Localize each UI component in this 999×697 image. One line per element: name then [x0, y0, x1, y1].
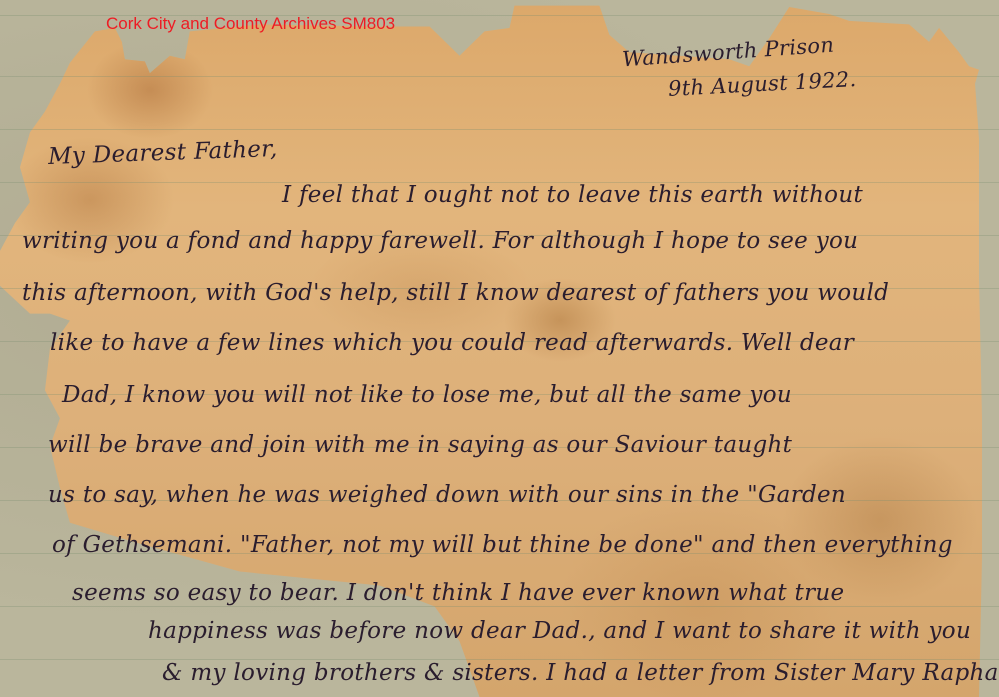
letter-line: seems so easy to bear. I don't think I h… [72, 580, 844, 606]
letter-line: writing you a fond and happy farewell. F… [22, 228, 858, 254]
letter-line: I feel that I ought not to leave this ea… [282, 182, 863, 208]
letter-line: us to say, when he was weighed down with… [48, 482, 846, 508]
letter-line: of Gethsemani. "Father, not my will but … [52, 532, 953, 558]
letter-line: will be brave and join with me in saying… [48, 432, 792, 458]
letter-line: & my loving brothers & sisters. I had a … [162, 660, 999, 686]
scanned-document: Cork City and County Archives SM803 Wand… [0, 0, 999, 697]
letter-line: this afternoon, with God's help, still I… [22, 280, 889, 306]
archive-watermark: Cork City and County Archives SM803 [106, 14, 395, 34]
letter-line: Dad, I know you will not like to lose me… [62, 382, 792, 408]
letter-line: happiness was before now dear Dad., and … [148, 618, 971, 644]
letter-line: like to have a few lines which you could… [50, 330, 854, 356]
